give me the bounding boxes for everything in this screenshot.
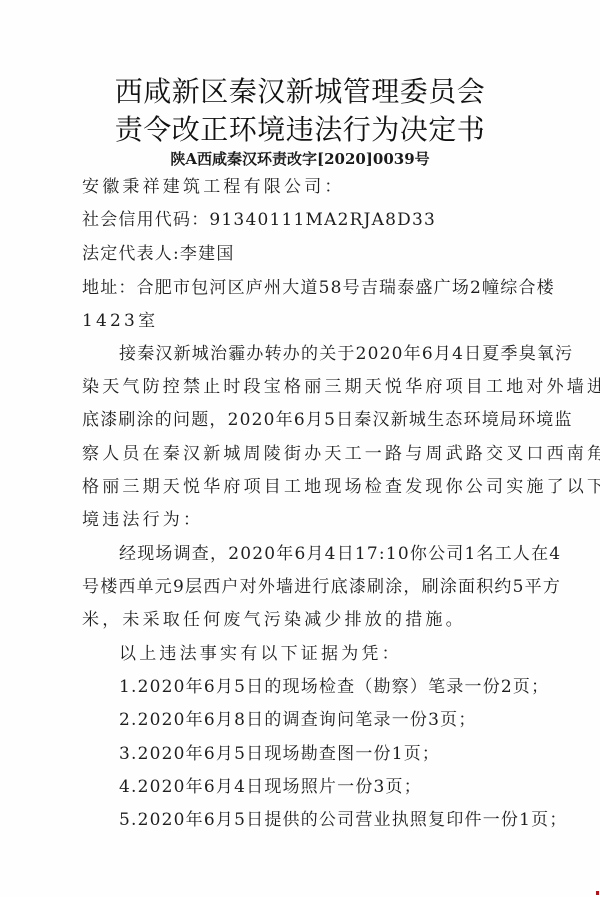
evidence-item: 3.2020年6月5日现场勘查图一份1页； bbox=[119, 743, 440, 765]
paragraph1-line: 染天气防控禁止时段宝格丽三期天悦华府项目工地对外墙进行 bbox=[82, 376, 600, 398]
evidence-intro: 以上违法事实有以下证据为凭： bbox=[119, 643, 402, 665]
evidence-item: 1.2020年6月5日的现场检查（勘察）笔录一份2页； bbox=[119, 676, 549, 698]
document-number: 陕A西咸秦汉环责改字[2020]0039号 bbox=[0, 148, 600, 169]
address-line-1: 地址：合肥市包河区庐州大道58号吉瑞泰盛广场2幢综合楼 bbox=[82, 277, 555, 299]
address-line-2: 1423室 bbox=[82, 310, 158, 332]
paragraph1-line: 接秦汉新城治霾办转办的关于2020年6月4日夏季臭氧污 bbox=[119, 343, 573, 365]
evidence-item: 5.2020年6月5日提供的公司营业执照复印件一份1页； bbox=[119, 809, 568, 831]
recipient-line: 安徽秉祥建筑工程有限公司： bbox=[82, 176, 345, 198]
legal-representative-line: 法定代表人:李建国 bbox=[82, 243, 235, 265]
paragraph1-line: 察人员在秦汉新城周陵街办天工一路与周武路交叉口西南角宝 bbox=[82, 443, 600, 465]
seal-fragment bbox=[596, 891, 599, 895]
document-title-line1: 西咸新区秦汉新城管理委员会 bbox=[0, 70, 600, 110]
credit-code-line: 社会信用代码：91340111MA2RJA8D33 bbox=[82, 209, 436, 231]
paragraph2-line: 米，未采取任何废气污染减少排放的措施。 bbox=[82, 609, 466, 631]
document-page: 西咸新区秦汉新城管理委员会 责令改正环境违法行为决定书 陕A西咸秦汉环责改字[2… bbox=[0, 0, 600, 897]
paragraph1-line: 格丽三期天悦华府项目工地现场检查发现你公司实施了以下环 bbox=[82, 476, 600, 498]
paragraph1-line: 境违法行为： bbox=[82, 509, 203, 531]
evidence-item: 4.2020年6月4日现场照片一份3页； bbox=[119, 776, 422, 798]
evidence-item: 2.2020年6月8日的调查询问笔录一份3页； bbox=[119, 709, 477, 731]
paragraph2-line: 经现场调查，2020年6月4日17:10你公司1名工人在4 bbox=[119, 543, 561, 565]
paragraph1-line: 底漆刷涂的问题，2020年6月5日秦汉新城生态环境局环境监 bbox=[82, 409, 573, 431]
document-title-line2: 责令改正环境违法行为决定书 bbox=[0, 108, 600, 148]
paragraph2-line: 号楼西单元9层西户对外墙进行底漆刷涂，刷涂面积约5平方 bbox=[82, 576, 561, 598]
